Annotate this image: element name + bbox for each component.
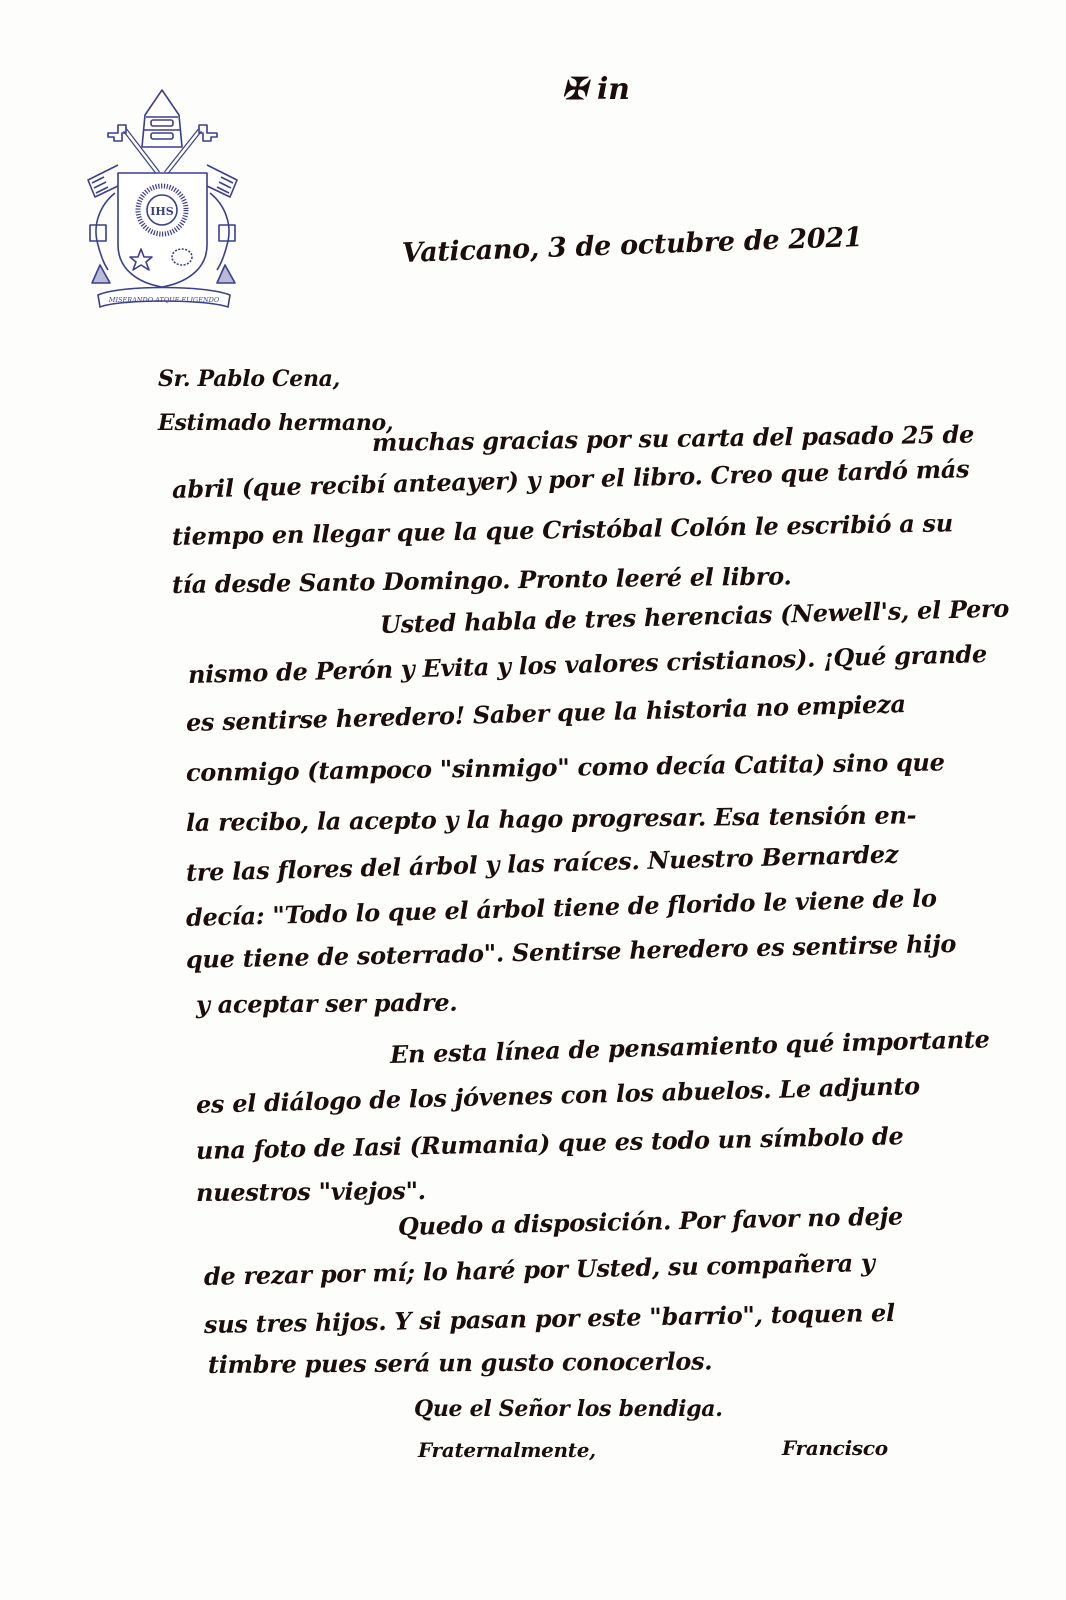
body-line: muchas gracias por su carta del pasado 2…: [372, 420, 974, 457]
body-line: Quedo a disposición. Por favor no deje: [398, 1201, 904, 1241]
svg-text:MISERANDO ATQUE ELIGENDO: MISERANDO ATQUE ELIGENDO: [108, 296, 220, 304]
body-line: y aceptar ser padre.: [196, 988, 458, 1019]
body-line: tía desde Santo Domingo. Pronto leeré el…: [172, 561, 792, 599]
body-line: es el diálogo de los jóvenes con los abu…: [196, 1071, 921, 1119]
letter-page: IHS MISERANDO ATQUE ELIGENDO ✠ in Vatica…: [0, 0, 1066, 1600]
svg-text:IHS: IHS: [150, 205, 174, 218]
papal-coat-of-arms-icon: IHS MISERANDO ATQUE ELIGENDO: [80, 85, 245, 310]
recipient-line: Sr. Pablo Cena,: [158, 366, 340, 392]
body-line: la recibo, la acepto y la hago progresar…: [186, 800, 916, 837]
body-line: timbre pues será un gusto conocerlos.: [208, 1346, 712, 1379]
body-line: que tiene de soterrado". Sentirse herede…: [186, 929, 957, 974]
signature: Francisco: [782, 1436, 888, 1460]
valediction-line: Fraternalmente,: [418, 1438, 596, 1462]
cross-invocation-mark: ✠ in: [562, 72, 630, 107]
body-line: es sentirse heredero! Saber que la histo…: [186, 689, 906, 737]
body-line: conmigo (tampoco "sinmigo" como decía Ca…: [186, 747, 945, 787]
body-line: Usted habla de tres herencias (Newell's,…: [380, 594, 1010, 639]
body-line: nismo de Perón y Evita y los valores cri…: [188, 639, 988, 689]
body-line: nuestros "viejos".: [196, 1176, 426, 1207]
body-line: En esta línea de pensamiento qué importa…: [390, 1024, 990, 1069]
body-line: tiempo en llegar que la que Cristóbal Co…: [172, 508, 953, 551]
date-line: Vaticano, 3 de octubre de 2021: [401, 222, 862, 269]
greeting-line: Estimado hermano,: [158, 410, 393, 436]
body-line: sus tres hijos. Y si pasan por este "bar…: [204, 1298, 895, 1339]
body-line: decía: "Todo lo que el árbol tiene de fl…: [186, 883, 937, 932]
body-line: de rezar por mí; lo haré por Usted, su c…: [204, 1248, 875, 1291]
body-line: tre las flores del árbol y las raíces. N…: [186, 839, 899, 887]
blessing-line: Que el Señor los bendiga.: [414, 1396, 723, 1422]
body-line: una foto de Iasi (Rumania) que es todo u…: [196, 1121, 904, 1165]
body-line: abril (que recibí anteayer) y por el lib…: [172, 454, 970, 504]
